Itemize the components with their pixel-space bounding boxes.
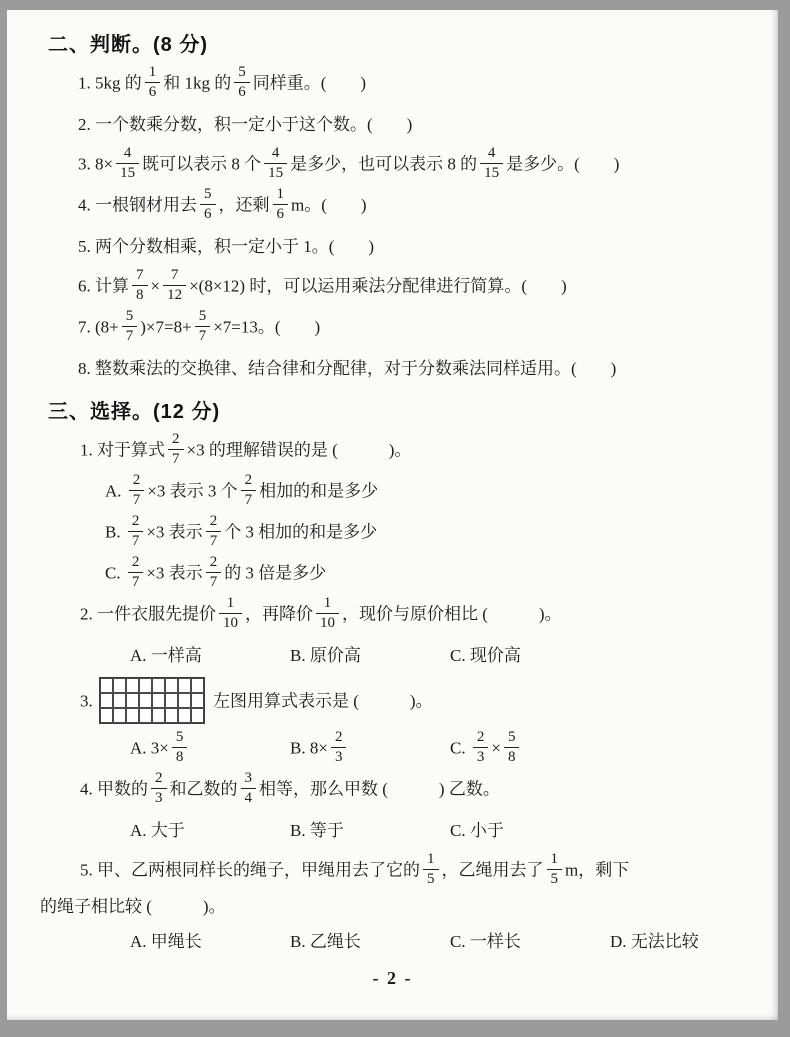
page-number: - 2 - <box>7 968 778 989</box>
fraction: 57 <box>195 309 211 344</box>
choice-question-3-option-a: A. 3×58 <box>130 732 290 767</box>
exam-page: 二、判断。(8 分) 1. 5kg 的16和 1kg 的56同样重。( ) 2.… <box>7 10 778 1020</box>
fraction: 78 <box>132 268 148 303</box>
fraction: 27 <box>129 473 145 508</box>
fraction: 15 <box>547 852 563 887</box>
judgment-question-8: 8. 整数乘法的交换律、结合律和分配律，对于分数乘法同样适用。( ) <box>78 349 778 389</box>
choice-question-5-stem-continuation: 的绳子相比较 ( )。 <box>40 892 778 922</box>
choice-question-4-option-b: B. 等于 <box>290 818 450 844</box>
choice-question-1-option-c: C. 27×3 表示27的 3 倍是多少 <box>105 554 778 595</box>
fraction: 16 <box>273 187 289 222</box>
fraction: 23 <box>151 771 167 806</box>
fraction: 712 <box>163 268 186 303</box>
choice-question-4-options: A. 大于 B. 等于 C. 小于 <box>130 811 778 851</box>
fraction: 27 <box>206 514 222 549</box>
fraction: 23 <box>473 730 489 765</box>
choice-question-2-stem: 2. 一件衣服先提价110，再降价110，现价与原价相比 ( )。 <box>80 595 778 636</box>
fraction: 110 <box>219 596 242 631</box>
fraction: 27 <box>128 555 144 590</box>
section-judgment-heading: 二、判断。(8 分) <box>48 32 778 58</box>
fraction: 27 <box>241 473 257 508</box>
choice-question-5-option-a: A. 甲绳长 <box>130 929 290 955</box>
judgment-question-3: 3. 8×415既可以表示 8 个415是多少，也可以表示 8 的415是多少。… <box>78 145 778 186</box>
scan-background: 二、判断。(8 分) 1. 5kg 的16和 1kg 的56同样重。( ) 2.… <box>0 0 790 1037</box>
choice-question-1-stem: 1. 对于算式27×3 的理解错误的是 ( )。 <box>80 431 778 472</box>
choice-question-2-option-c: C. 现价高 <box>450 643 521 669</box>
fraction: 415 <box>264 146 287 181</box>
choice-question-4-stem: 4. 甲数的23和乙数的34相等，那么甲数 ( ) 乙数。 <box>80 770 778 811</box>
choice-question-1-option-b: B. 27×3 表示27个 3 相加的和是多少 <box>105 513 778 554</box>
fraction: 415 <box>116 146 139 181</box>
fraction: 23 <box>331 730 347 765</box>
choice-question-5-option-d: D. 无法比较 <box>610 929 699 955</box>
choice-question-4-option-a: A. 大于 <box>130 818 290 844</box>
fraction-grid-figure <box>99 677 205 724</box>
judgment-question-4: 4. 一根钢材用去56，还剩16m。( ) <box>78 186 778 227</box>
fraction: 56 <box>234 65 250 100</box>
choice-question-2-options: A. 一样高 B. 原价高 C. 现价高 <box>130 636 778 676</box>
choice-question-5-option-c: C. 一样长 <box>450 929 610 955</box>
choice-question-3-stem: 3. 左图用算式表示是 ( )。 <box>80 676 778 729</box>
choice-question-3-options: A. 3×58 B. 8×23 C. 23×58 <box>130 729 778 770</box>
choice-question-2-option-a: A. 一样高 <box>130 643 290 669</box>
choice-question-3-option-b: B. 8×23 <box>290 732 450 767</box>
fraction: 15 <box>423 852 439 887</box>
choice-question-1-option-a: A. 27×3 表示 3 个27相加的和是多少 <box>105 472 778 513</box>
choice-question-5-option-b: B. 乙绳长 <box>290 929 450 955</box>
judgment-question-5: 5. 两个分数相乘，积一定小于 1。( ) <box>78 227 778 267</box>
fraction: 27 <box>128 514 144 549</box>
fraction: 415 <box>480 146 503 181</box>
fraction: 56 <box>200 187 216 222</box>
choice-question-5-stem: 5. 甲、乙两根同样长的绳子，甲绳用去了它的15，乙绳用去了15m，剩下 <box>80 851 778 892</box>
judgment-question-7: 7. (8+57)×7=8+57×7=13。( ) <box>78 308 778 349</box>
fraction: 27 <box>206 555 222 590</box>
choice-question-4-option-c: C. 小于 <box>450 818 504 844</box>
fraction: 34 <box>241 771 257 806</box>
choice-question-3-option-c: C. 23×58 <box>450 732 522 767</box>
choice-question-5-options: A. 甲绳长 B. 乙绳长 C. 一样长 D. 无法比较 <box>130 922 778 962</box>
judgment-question-6: 6. 计算78×712×(8×12) 时，可以运用乘法分配律进行简算。( ) <box>78 267 778 308</box>
fraction: 57 <box>122 309 138 344</box>
choice-question-2-option-b: B. 原价高 <box>290 643 450 669</box>
fraction: 27 <box>168 432 184 467</box>
fraction: 110 <box>316 596 339 631</box>
fraction: 58 <box>504 730 520 765</box>
judgment-question-2: 2. 一个数乘分数，积一定小于这个数。( ) <box>78 105 778 145</box>
judgment-question-1: 1. 5kg 的16和 1kg 的56同样重。( ) <box>78 64 778 105</box>
fraction: 58 <box>172 730 188 765</box>
section-choice-heading: 三、选择。(12 分) <box>48 399 778 425</box>
fraction: 16 <box>145 65 161 100</box>
